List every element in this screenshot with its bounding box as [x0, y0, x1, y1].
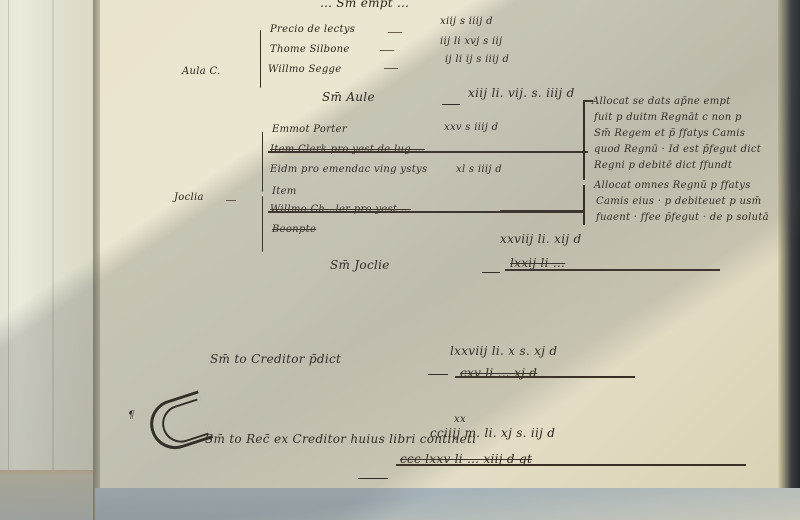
joclia-entry-name-struck: Item Clerk pro yest de lug …: [270, 144, 425, 155]
aula-total-amount: xiij li. vij. s. iiij d: [468, 86, 575, 100]
left-page-line: [8, 0, 9, 470]
right-page-edge: [778, 0, 800, 520]
side-note-bracket-1: [583, 100, 585, 180]
joclia-entry-name: Item: [272, 186, 297, 197]
side-note-line: Sm̄ Regem et p̄ ffatys Camis: [594, 128, 745, 139]
aula-entry-amount: ij li ij s iiij d: [445, 54, 509, 65]
joclia-total-struck: lxxij li …: [510, 256, 565, 270]
grand-total-superscript: xx: [454, 414, 466, 425]
bracket-connector: [500, 210, 584, 212]
joclia-entry-name-struck: Beonpte: [272, 224, 316, 235]
leader-dash: [388, 32, 402, 33]
creditor-total-label: Sm̄ to Creditor p̄dict: [210, 352, 341, 366]
aula-entry-name: Willmo Segge: [268, 64, 341, 75]
leader-dash: [226, 200, 236, 201]
leader-dash: [428, 374, 448, 375]
joclia-struck-amount-upper: xxviij li. xij d: [500, 232, 581, 246]
side-note-line: Regni p debitē dict ffundt: [594, 160, 732, 171]
joclia-entry-name: Eidm pro emendac ving ystys: [270, 164, 427, 175]
grand-total-amount: cciiij m. li. xj s. iij d: [430, 426, 555, 440]
aula-brace: [260, 30, 261, 88]
strike-line: [396, 464, 746, 466]
leader-dash: [358, 478, 388, 479]
side-note-line: Camis eius · p debiteuet p usm̄: [596, 196, 761, 207]
side-note-line: Allocat se dats ap̄ne empt: [592, 96, 731, 107]
manuscript-photo: … Sm̄ empt … Aula C. Precio de lectys Th…: [0, 0, 800, 520]
joclia-brace-upper: [262, 132, 263, 192]
top-fragment: … Sm̄ empt …: [320, 0, 409, 10]
joclia-entry-amount: xl s iiij d: [456, 164, 502, 175]
side-note-line: fuaent · ffee p̄fegut · de p solutā: [596, 212, 769, 223]
joclia-brace-lower: [262, 196, 263, 252]
aula-total-label: Sm̄ Aule: [322, 90, 375, 104]
joclia-entry-name-struck: Willmo Ch…ler pro yest …: [270, 204, 411, 215]
left-page-foot: [0, 470, 95, 520]
aula-entry-amount: iij li xvj s iij: [440, 36, 502, 47]
leader-dash: [442, 104, 460, 105]
creditor-total-struck: cxv li … xj d: [460, 366, 537, 380]
pilcrow-mark: ¶: [128, 410, 135, 421]
aula-entry-amount: xiij s iiij d: [440, 16, 493, 27]
strike-line: [268, 151, 588, 153]
joclia-entry-name: Emmot Porter: [272, 124, 347, 135]
joclia-total-label: Sm̄ Joclie: [330, 258, 390, 272]
creditor-total-amount: lxxviij li. x s. xj d: [450, 344, 557, 358]
joclia-entry-amount: xxv s iiij d: [444, 122, 498, 133]
strike-line: [455, 376, 635, 378]
side-note-bracket-2: [583, 185, 585, 225]
left-page-edge: [0, 0, 95, 520]
margin-label-joclia: Joclia: [174, 192, 204, 203]
side-note-line: fuit p duitm Regnāt c non p: [594, 112, 742, 123]
leader-dash: [384, 68, 398, 69]
aula-entry-name: Precio de lectys: [270, 24, 355, 35]
aula-entry-name: Thome Silbone: [270, 44, 350, 55]
leader-dash: [482, 272, 500, 273]
side-note-line: quod Regnū · Id est p̄fegut dict: [594, 144, 761, 155]
margin-label-aula: Aula C.: [182, 66, 221, 77]
strike-line: [505, 269, 720, 271]
side-note-line: Allocat omnes Regnū p ffatys: [594, 180, 751, 191]
bottom-blue-strip: [95, 488, 800, 520]
leader-dash: [380, 50, 394, 51]
left-page-fold: [52, 0, 54, 470]
